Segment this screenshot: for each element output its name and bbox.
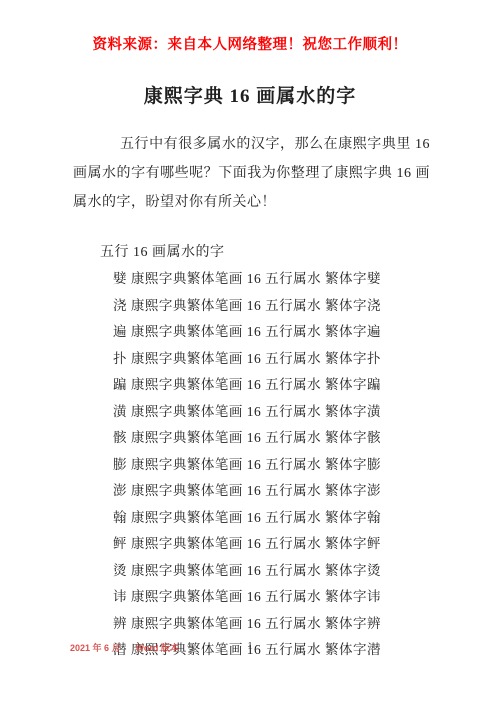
list-item: 澎 康熙字典繁体笔画 16 五行属水 繁体字澎 — [113, 478, 460, 505]
list-item: 嬖 康熙字典繁体笔画 16 五行属水 繁体字嬖 — [113, 266, 460, 293]
section-heading: 五行 16 画属水的字 — [100, 241, 430, 261]
list-item: 蹁 康熙字典繁体笔画 16 五行属水 繁体字蹁 — [113, 372, 460, 399]
document-page: 资料来源：来自本人网络整理！祝您工作顺利！ 康熙字典 16 画属水的字 五行中有… — [0, 0, 500, 708]
list-item: 浇 康熙字典繁体笔画 16 五行属水 繁体字浇 — [113, 293, 460, 320]
page-number: 1 — [0, 641, 500, 652]
list-item: 鲆 康熙字典繁体笔画 16 五行属水 繁体字鲆 — [113, 531, 460, 558]
page-footer: 2021 年 6 月 Word 版本 1 — [0, 641, 500, 655]
list-item: 遍 康熙字典繁体笔画 16 五行属水 繁体字遍 — [113, 319, 460, 346]
list-item: 翰 康熙字典繁体笔画 16 五行属水 繁体字翰 — [113, 505, 460, 532]
page-title: 康熙字典 16 画属水的字 — [0, 81, 500, 108]
list-item: 烫 康熙字典繁体笔画 16 五行属水 繁体字烫 — [113, 558, 460, 585]
list-item: 讳 康熙字典繁体笔画 16 五行属水 繁体字讳 — [113, 584, 460, 611]
list-item: 扑 康熙字典繁体笔画 16 五行属水 繁体字扑 — [113, 346, 460, 373]
source-note: 资料来源：来自本人网络整理！祝您工作顺利！ — [0, 33, 500, 54]
intro-paragraph: 五行中有很多属水的汉字，那么在康熙字典里 16 画属水的字有哪些呢？下面我为你整… — [73, 130, 430, 217]
character-list: 嬖 康熙字典繁体笔画 16 五行属水 繁体字嬖 浇 康熙字典繁体笔画 16 五行… — [113, 266, 460, 664]
list-item: 骸 康熙字典繁体笔画 16 五行属水 繁体字骸 — [113, 425, 460, 452]
list-item: 膨 康熙字典繁体笔画 16 五行属水 繁体字膨 — [113, 452, 460, 479]
list-item: 辨 康熙字典繁体笔画 16 五行属水 繁体字辨 — [113, 611, 460, 638]
list-item: 潢 康熙字典繁体笔画 16 五行属水 繁体字潢 — [113, 399, 460, 426]
